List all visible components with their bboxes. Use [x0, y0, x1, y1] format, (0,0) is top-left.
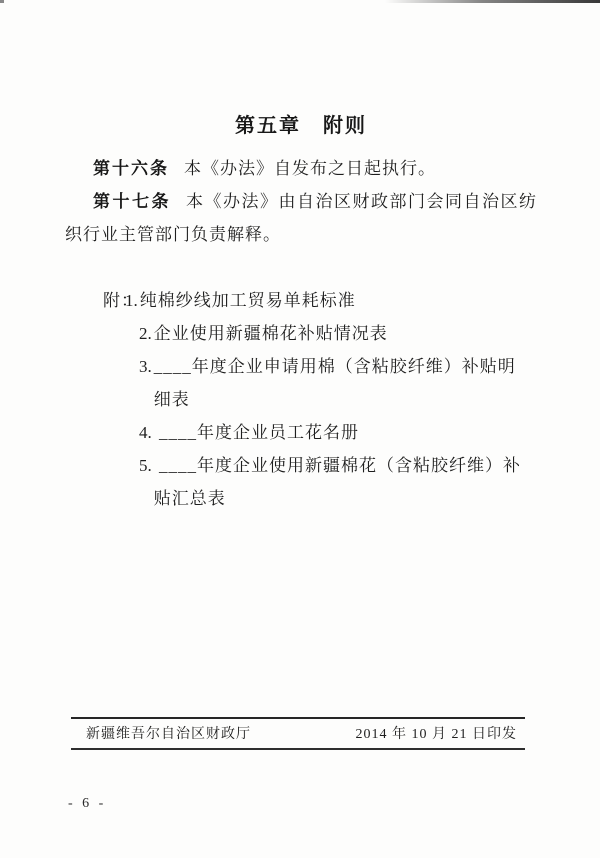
attachment-item-3: 3. ____年度企业申请用棉（含粘胶纤维）补贴明细表 — [139, 350, 537, 416]
footer-issuer: 新疆维吾尔自治区财政厅 — [71, 723, 251, 743]
article-17-label: 第十七条 — [93, 192, 171, 211]
attachment-1-title: 纯棉纱线加工贸易单耗标准 — [140, 284, 356, 317]
attachments-list: 1. 纯棉纱线加工贸易单耗标准 2. 企业使用新疆棉花补贴情况表 3. ____… — [125, 284, 537, 515]
document-footer: 新疆维吾尔自治区财政厅 2014 年 10 月 21 日印发 — [71, 717, 525, 750]
scan-artifact-corner — [0, 0, 4, 3]
article-17: 第十七条本《办法》由自治区财政部门会同自治区纺织行业主管部门负责解释。 — [65, 185, 537, 251]
scanned-document-page: 第五章 附则 第十六条本《办法》自发布之日起执行。 第十七条本《办法》由自治区财… — [0, 0, 600, 858]
chapter-heading: 第五章 附则 — [65, 113, 537, 139]
attachment-item-1: 1. 纯棉纱线加工贸易单耗标准 — [125, 284, 537, 317]
document-body: 第五章 附则 第十六条本《办法》自发布之日起执行。 第十七条本《办法》由自治区财… — [65, 0, 537, 515]
footer-print-date: 2014 年 10 月 21 日印发 — [356, 723, 526, 743]
attachment-item-2: 2. 企业使用新疆棉花补贴情况表 — [139, 317, 537, 350]
article-16-text: 本《办法》自发布之日起执行。 — [184, 159, 436, 178]
attachments-label: 附： — [103, 284, 139, 317]
attachment-5-number: 5. — [139, 449, 152, 482]
article-16: 第十六条本《办法》自发布之日起执行。 — [65, 152, 537, 185]
article-16-label: 第十六条 — [93, 159, 169, 178]
attachment-item-4: 4. ____年度企业员工花名册 — [139, 416, 537, 449]
attachment-2-title: 企业使用新疆棉花补贴情况表 — [154, 317, 388, 350]
attachments-section: 附： 1. 纯棉纱线加工贸易单耗标准 2. 企业使用新疆棉花补贴情况表 3. _… — [65, 284, 537, 515]
attachment-2-number: 2. — [139, 317, 152, 350]
attachment-3-number: 3. — [139, 350, 152, 383]
attachment-4-number: 4. — [139, 416, 152, 449]
attachment-4-title: ____年度企业员工花名册 — [154, 416, 359, 449]
attachment-5-title: ____年度企业使用新疆棉花（含粘胶纤维）补贴汇总表 — [154, 449, 532, 515]
attachment-item-5: 5. ____年度企业使用新疆棉花（含粘胶纤维）补贴汇总表 — [139, 449, 537, 515]
page-number: - 6 - — [68, 796, 106, 812]
attachment-3-title: ____年度企业申请用棉（含粘胶纤维）补贴明细表 — [154, 350, 532, 416]
